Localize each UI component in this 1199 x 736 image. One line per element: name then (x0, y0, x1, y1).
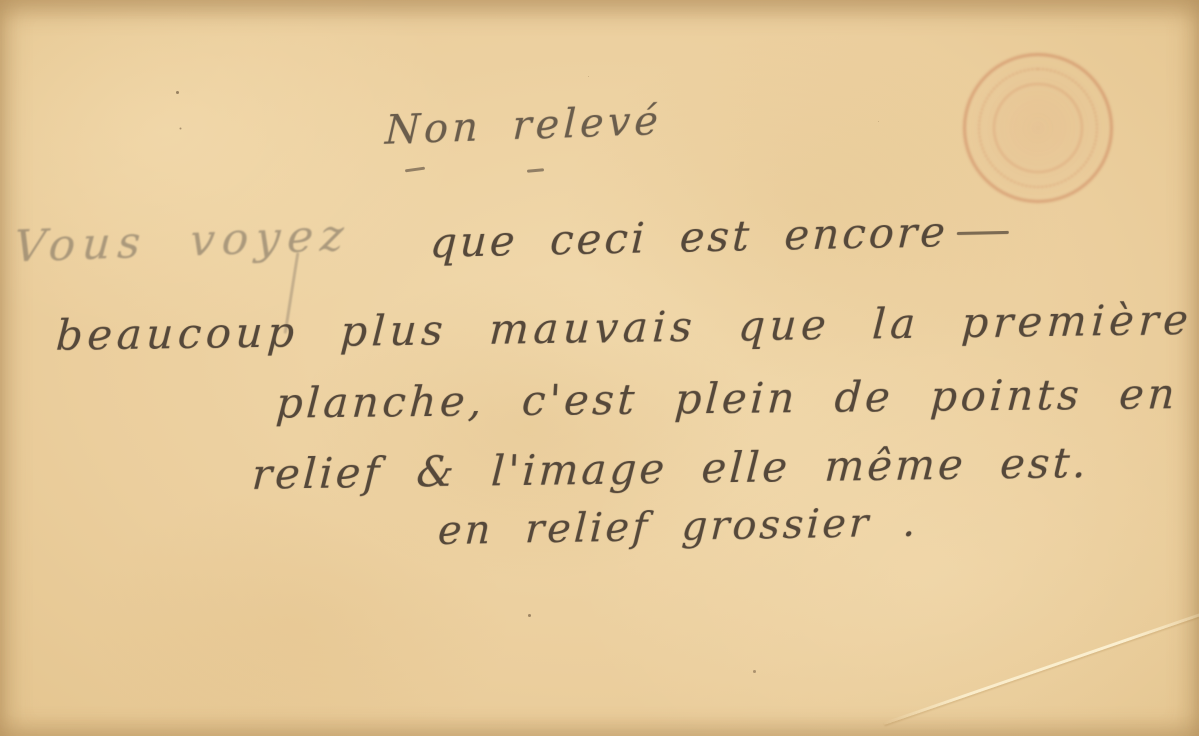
note-line1-pencil-words: Vous voyez (12, 210, 352, 273)
note-line2: beaucoup plus mauvais que la première (55, 295, 1194, 360)
handwritten-note-scan: Non relevé Vous voyez que ceci est encor… (0, 0, 1199, 736)
paper-crease (884, 611, 1199, 725)
paper-specks (176, 91, 179, 94)
note-line5: en relief grossier . (437, 500, 920, 554)
note-line3: planche, c'est plein de points en (275, 369, 1180, 427)
heading-underline-dash (527, 168, 544, 172)
heading-underline-dash (405, 167, 425, 173)
note-line4: relief & l'image elle même est. (251, 438, 1091, 499)
note-heading: Non relevé (384, 98, 663, 154)
note-line1-ink-words: que ceci est encore (429, 206, 1010, 267)
circular-red-stamp-icon (963, 53, 1113, 203)
